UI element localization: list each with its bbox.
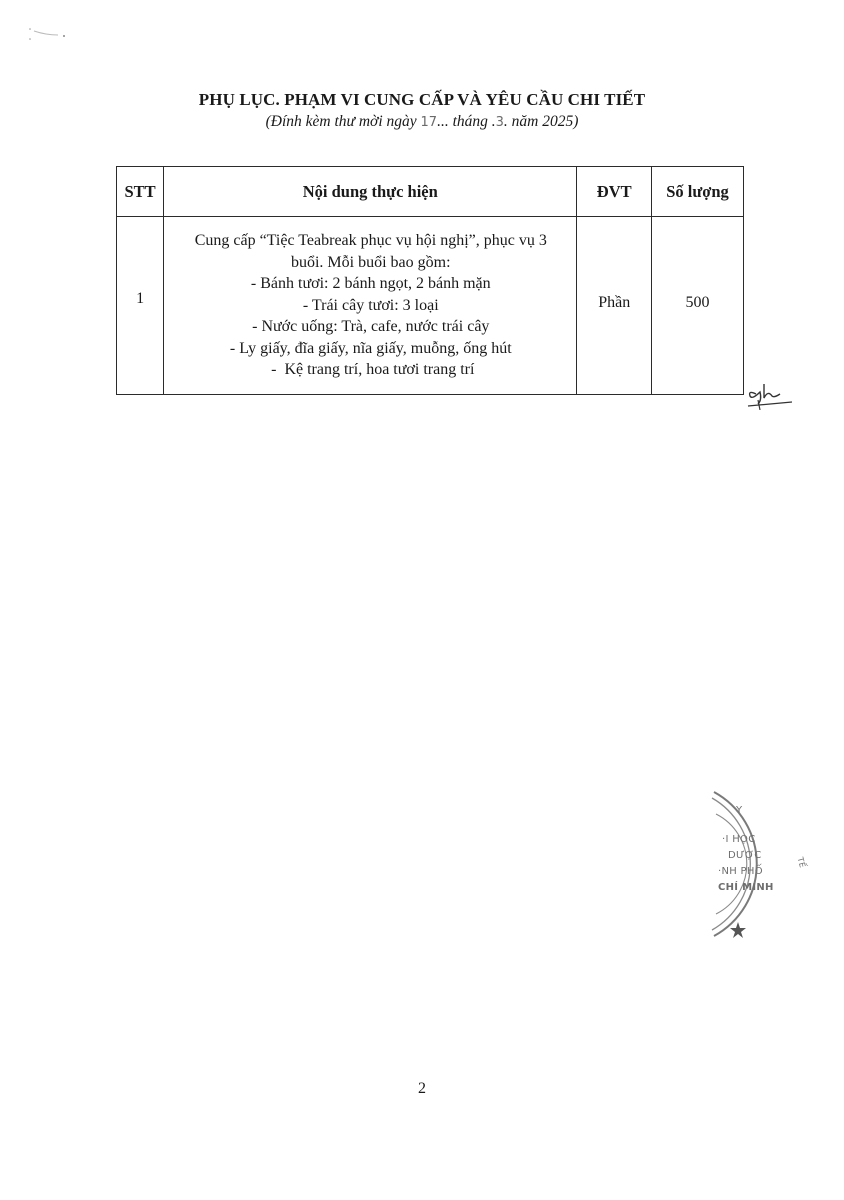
stamp-line: ·I HỌC — [722, 833, 755, 846]
stamp-line: ·NH PHỐ — [718, 865, 763, 878]
content-line: buổi. Mỗi buổi bao gồm: — [173, 252, 568, 274]
table-row: 1 Cung cấp “Tiệc Teabreak phục vụ hội ng… — [117, 217, 744, 395]
signature-initials — [742, 380, 798, 410]
content-line: - Kệ trang trí, hoa tươi trang trí — [173, 359, 568, 381]
content-line: Cung cấp “Tiệc Teabreak phục vụ hội nghị… — [173, 230, 568, 252]
handwritten-month: 3 — [496, 115, 504, 130]
header-quantity: Số lượng — [652, 167, 744, 217]
row-stt: 1 — [117, 217, 164, 395]
subtitle-suffix: . năm 2025) — [504, 113, 578, 130]
scope-table: STT Nội dung thực hiện ĐVT Số lượng 1 Cu… — [116, 166, 744, 395]
header-stt: STT — [117, 167, 164, 217]
row-quantity: 500 — [652, 217, 744, 395]
scan-mark — [28, 27, 68, 41]
stamp-line: CHÍ MINH — [718, 881, 774, 894]
star-icon — [730, 922, 746, 938]
content-line: - Trái cây tươi: 3 loại — [173, 295, 568, 317]
header-unit: ĐVT — [577, 167, 652, 217]
row-content: Cung cấp “Tiệc Teabreak phục vụ hội nghị… — [164, 217, 577, 395]
content-line: - Ly giấy, đĩa giấy, nĩa giấy, muỗng, ốn… — [173, 338, 568, 360]
official-stamp: Y ·I HỌC DƯỢC ·NH PHỐ CHÍ MINH TẾ — [700, 770, 830, 950]
stamp-ring — [700, 770, 830, 950]
page-number: 2 — [0, 1080, 844, 1098]
content-line: - Bánh tươi: 2 bánh ngọt, 2 bánh mặn — [173, 273, 568, 295]
content-line: - Nước uống: Trà, cafe, nước trái cây — [173, 316, 568, 338]
document-title: PHỤ LỤC. PHẠM VI CUNG CẤP VÀ YÊU CẦU CHI… — [0, 90, 844, 110]
table-header-row: STT Nội dung thực hiện ĐVT Số lượng — [117, 167, 744, 217]
row-unit: Phần — [577, 217, 652, 395]
stamp-line: Y — [736, 804, 742, 817]
subtitle-prefix: (Đính kèm thư mời ngày — [266, 113, 421, 130]
handwritten-day: 17 — [421, 115, 438, 130]
document-subtitle: (Đính kèm thư mời ngày 17... tháng .3. n… — [0, 113, 844, 131]
subtitle-mid: ... tháng . — [437, 113, 496, 130]
stamp-line: DƯỢC — [728, 849, 762, 862]
header-content: Nội dung thực hiện — [164, 167, 577, 217]
